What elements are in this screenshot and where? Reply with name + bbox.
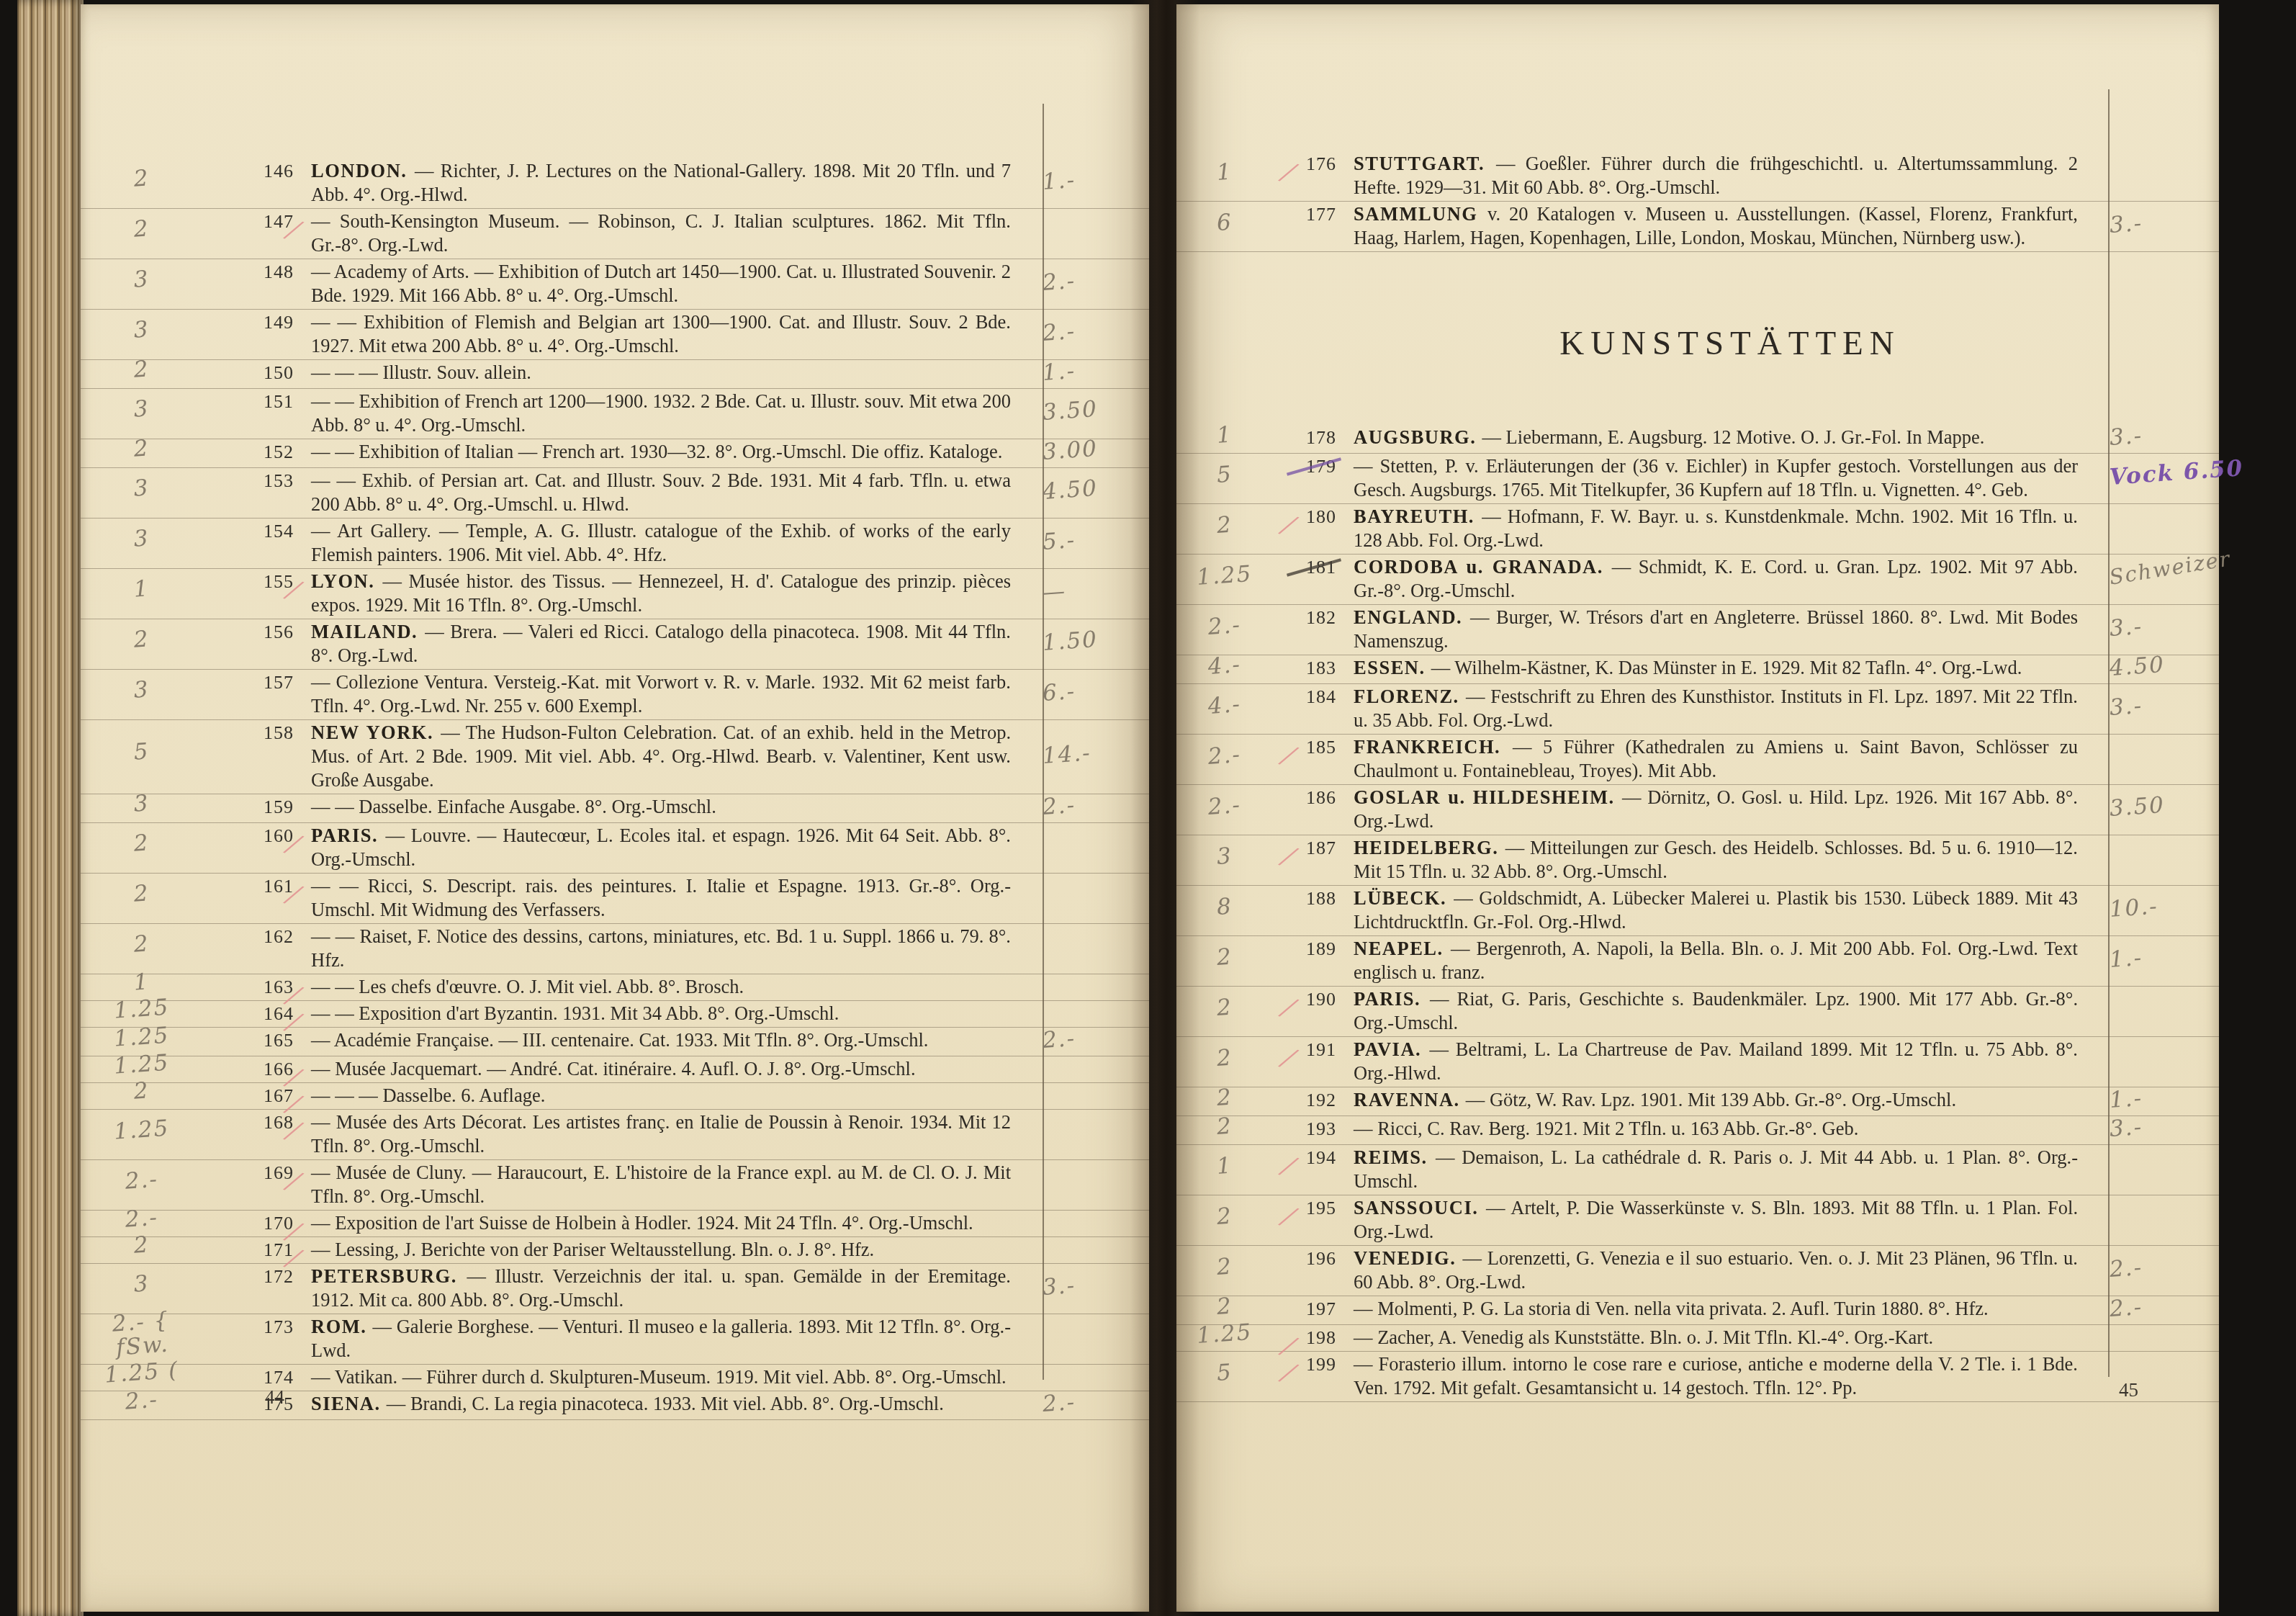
entry-text: — Academy of Arts. — Exhibition of Dutch… xyxy=(294,260,1032,308)
entry-number: 193 xyxy=(1273,1117,1336,1141)
entry-number: 166 xyxy=(203,1057,294,1081)
handwritten-margin-note: 2 xyxy=(1176,510,1274,540)
handwritten-margin-note: 2 xyxy=(1176,942,1274,972)
entry-text: FLORENZ. — Festschrift zu Ehren des Kuns… xyxy=(1336,685,2099,732)
entry-text: — — Raiset, F. Notice des dessins, carto… xyxy=(294,925,1032,972)
handwritten-margin-note: 2 xyxy=(1176,1201,1274,1231)
entry-headword: HEIDELBERG. xyxy=(1354,837,1505,858)
catalog-entry-row: 3 172 PETERSBURG. — Illustr. Verzeichnis… xyxy=(81,1264,1149,1314)
catalog-entry-row: 2 190 ∕ PARIS. — Riat, G. Paris, Geschic… xyxy=(1176,987,2219,1037)
handwritten-margin-note: 1 xyxy=(80,573,204,605)
handwritten-price xyxy=(2099,851,2219,860)
entry-number: 179 xyxy=(1273,454,1336,478)
handwritten-price: 2.- xyxy=(1032,263,1150,297)
catalog-entry-row: 3 157 — Collezione Ventura. Versteig.-Ka… xyxy=(81,670,1149,720)
entry-headword: REIMS. xyxy=(1354,1146,1436,1168)
catalog-entry-row: 2 193 — Ricci, C. Rav. Berg. 1921. Mit 2… xyxy=(1176,1116,2219,1145)
entry-number: 156 xyxy=(203,620,294,644)
entry-number: 195 xyxy=(1273,1196,1336,1220)
handwritten-margin-note: 4.- xyxy=(1176,650,1274,681)
entry-headword: NEAPEL. xyxy=(1354,938,1451,959)
handwritten-price: 2.- xyxy=(1032,313,1150,347)
entry-number: 177 xyxy=(1273,202,1336,226)
catalog-entry-row: 2 146 LONDON. — Richter, J. P. Lectures … xyxy=(81,158,1149,209)
entry-text: BAYREUTH. — Hofmann, F. W. Bayr. u. s. K… xyxy=(1336,505,2099,552)
entry-body: — Louvre. — Hautecœur, L. Ecoles ital. e… xyxy=(311,825,1011,870)
entry-number: 164 xyxy=(203,1002,294,1025)
catalog-entry-row: 1 176 ∕ STUTTGART. — Goeßler. Führer dur… xyxy=(1176,151,2219,202)
entry-number: 168 xyxy=(203,1110,294,1134)
entry-text: NEW YORK. — The Hudson-Fulton Celebratio… xyxy=(294,721,1032,792)
page-number-left: 44 xyxy=(265,1386,284,1409)
handwritten-margin-note: 3 xyxy=(1176,841,1274,871)
catalog-entry-row: 2.- { fSw. 173 ROM. — Galerie Borghese. … xyxy=(81,1314,1149,1365)
entry-text: GOSLAR u. HILDESHEIM. — Dörnitz, O. Gosl… xyxy=(1336,786,2099,833)
catalog-entry-row: 2 150 — — — Illustr. Souv. allein. 1.- xyxy=(81,360,1149,389)
catalog-entry-row: 2.- 170 ∕ — Exposition de l'art Suisse d… xyxy=(81,1211,1149,1237)
entry-text: NEAPEL. — Bergenroth, A. Napoli, la Bell… xyxy=(1336,937,2099,984)
section-heading: KUNSTSTÄTTEN xyxy=(1176,252,2219,425)
right-page: 1 176 ∕ STUTTGART. — Goeßler. Führer dur… xyxy=(1176,4,2219,1612)
entry-body: — Art Gallery. — Temple, A. G. Illustr. … xyxy=(311,520,1011,565)
entry-text: PARIS. — Riat, G. Paris, Geschichte s. B… xyxy=(1336,987,2099,1035)
handwritten-price: 3.50 xyxy=(2099,788,2220,822)
catalog-entry-row: 3 151 — — Exhibition of French art 1200—… xyxy=(81,389,1149,439)
entry-headword: ENGLAND. xyxy=(1354,606,1470,628)
handwritten-price: 14.- xyxy=(1032,735,1150,769)
handwritten-margin-note: 2 xyxy=(80,827,204,859)
entry-text: — Exposition de l'art Suisse de Holbein … xyxy=(294,1211,1032,1235)
entry-body: — Liebermann, E. Augsburg. 12 Motive. O.… xyxy=(1482,426,1984,448)
entry-number: 182 xyxy=(1273,606,1336,629)
catalog-entry-row: 2 167 ∕ — — — Dasselbe. 6. Auflage. xyxy=(81,1083,1149,1110)
handwritten-price: 3.- xyxy=(1032,1267,1150,1301)
catalog-entry-row: 1 178 AUGSBURG. — Liebermann, E. Augsbur… xyxy=(1176,425,2219,454)
entry-number: 191 xyxy=(1273,1038,1336,1061)
entry-text: — Lessing, J. Berichte von der Pariser W… xyxy=(294,1238,1032,1262)
handwritten-price xyxy=(1032,1126,1149,1134)
entry-number: 173 xyxy=(203,1315,294,1339)
entry-text: — — Les chefs d'œuvre. O. J. Mit viel. A… xyxy=(294,975,1032,999)
entry-number: 198 xyxy=(1273,1326,1336,1350)
entry-number: 163 xyxy=(203,975,294,999)
catalog-entry-row: 2 156 MAILAND. — Brera. — Valeri ed Ricc… xyxy=(81,619,1149,670)
entry-text: — — — Dasselbe. 6. Auflage. xyxy=(294,1084,1032,1108)
handwritten-price xyxy=(2099,1329,2219,1338)
entry-body: — Galerie Borghese. — Venturi. Il museo … xyxy=(311,1316,1011,1361)
entry-number: 147 xyxy=(203,210,294,233)
page-number-right: 45 xyxy=(2119,1379,2138,1401)
entry-text: — Ricci, C. Rav. Berg. 1921. Mit 2 Tfln.… xyxy=(1336,1117,2099,1141)
entry-number: 162 xyxy=(203,925,294,948)
handwritten-margin-note: 2 xyxy=(80,624,204,655)
handwritten-price: 3.- xyxy=(2099,608,2220,642)
handwritten-price: 1.- xyxy=(2099,939,2220,973)
entry-body: — Musée de Cluny. — Haraucourt, E. L'his… xyxy=(311,1162,1011,1207)
handwritten-margin-note: 6 xyxy=(1176,207,1274,238)
entry-text: SANSSOUCI. — Artelt, P. Die Wasserkünste… xyxy=(1336,1196,2099,1244)
catalog-entry-row: 1 163 ∕ — — Les chefs d'œuvre. O. J. Mit… xyxy=(81,974,1149,1001)
entry-headword: LONDON. xyxy=(311,160,415,181)
catalog-entry-row: 2.- 182 ENGLAND. — Burger, W. Trésors d'… xyxy=(1176,605,2219,655)
catalog-entry-row: 3 187 ∕ HEIDELBERG. — Mitteilungen zur G… xyxy=(1176,835,2219,886)
handwritten-margin-note: 2 xyxy=(1176,1043,1274,1073)
handwritten-price xyxy=(2099,1053,2219,1061)
catalog-entry-row: 3 148 — Academy of Arts. — Exhibition of… xyxy=(81,259,1149,310)
catalog-entry-row: 2 195 ∕ SANSSOUCI. — Artelt, P. Die Wass… xyxy=(1176,1195,2219,1246)
entry-headword: PAVIA. xyxy=(1354,1038,1429,1060)
entry-body: — — Exposition d'art Byzantin. 1931. Mit… xyxy=(311,1002,839,1024)
entry-body: — — Exhib. of Persian art. Cat. and Illu… xyxy=(311,470,1011,515)
handwritten-margin-note: 2.- xyxy=(1176,611,1274,641)
catalog-entry-row: 5 199 ∕ — Forasterio illum. intorno le c… xyxy=(1176,1352,2219,1402)
entry-number: 158 xyxy=(203,721,294,745)
entry-number: 178 xyxy=(1273,426,1336,449)
entry-text: — Vatikan. — Führer durch d. Skulpturen-… xyxy=(294,1365,1032,1389)
entry-body: — Wilhelm-Kästner, K. Das Münster in E. … xyxy=(1431,657,2022,678)
entry-number: 184 xyxy=(1273,685,1336,709)
entry-number: 199 xyxy=(1273,1352,1336,1376)
entry-body: — Vatikan. — Führer durch d. Skulpturen-… xyxy=(311,1366,1007,1388)
entry-headword: MAILAND. xyxy=(311,621,425,642)
entry-number: 187 xyxy=(1273,836,1336,860)
right-page-top-entries: 1 176 ∕ STUTTGART. — Goeßler. Führer dur… xyxy=(1176,151,2219,252)
handwritten-price: 4.50 xyxy=(1032,472,1150,506)
handwritten-margin-note: 2 xyxy=(1176,1252,1274,1282)
entry-number: 172 xyxy=(203,1265,294,1288)
catalog-entry-row: 5 158 NEW YORK. — The Hudson-Fulton Cele… xyxy=(81,720,1149,794)
entry-body: — — Raiset, F. Notice des dessins, carto… xyxy=(311,925,1011,971)
entry-number: 149 xyxy=(203,310,294,334)
entry-number: 157 xyxy=(203,670,294,694)
entry-number: 169 xyxy=(203,1161,294,1185)
catalog-entry-row: 2 160 ∕ PARIS. — Louvre. — Hautecœur, L.… xyxy=(81,823,1149,874)
entry-text: PETERSBURG. — Illustr. Verzeichnis der i… xyxy=(294,1265,1032,1312)
handwritten-margin-note: 2.- { fSw. xyxy=(79,1307,204,1363)
handwritten-price xyxy=(1032,1087,1149,1095)
handwritten-margin-note: 2.- xyxy=(1176,791,1274,821)
catalog-entry-row: 2.- 186 GOSLAR u. HILDESHEIM. — Dörnitz,… xyxy=(1176,785,2219,835)
entry-text: SAMMLUNG v. 20 Katalogen v. Museen u. Au… xyxy=(1336,202,2099,250)
entry-body: — Forasterio illum. intorno le cose rare… xyxy=(1354,1353,2078,1399)
handwritten-margin-note: 3 xyxy=(80,314,204,346)
entry-body: — Molmenti, P. G. La storia di Ven. nell… xyxy=(1354,1298,1989,1319)
entry-number: 185 xyxy=(1273,735,1336,759)
entry-body: — Zacher, A. Venedig als Kunststätte. Bl… xyxy=(1354,1327,1933,1348)
entry-headword: RAVENNA. xyxy=(1354,1089,1466,1110)
entry-number: 152 xyxy=(203,440,294,464)
entry-headword: CORDOBA u. GRANADA. xyxy=(1354,556,1612,578)
catalog-entry-row: 2 147 ∕ — South-Kensington Museum. — Rob… xyxy=(81,209,1149,259)
handwritten-margin-note: 1 xyxy=(1176,420,1274,450)
handwritten-margin-note: 2 xyxy=(80,213,204,245)
catalog-entry-row: 1.25 181 CORDOBA u. GRANADA. — Schmidt, … xyxy=(1176,555,2219,605)
entry-text: — Collezione Ventura. Versteig.-Kat. mit… xyxy=(294,670,1032,718)
entry-text: HEIDELBERG. — Mitteilungen zur Gesch. de… xyxy=(1336,836,2099,884)
entry-text: — — Exhibition of Italian — French art. … xyxy=(294,440,1032,464)
handwritten-price xyxy=(1032,840,1149,848)
entry-text: PAVIA. — Beltrami, L. La Chartreuse de P… xyxy=(1336,1038,2099,1085)
handwritten-margin-note: 5 xyxy=(80,736,204,768)
entry-body: — Riat, G. Paris, Geschichte s. Baudenkm… xyxy=(1354,988,2078,1033)
entry-body: — Bergenroth, A. Napoli, la Bella. Bln. … xyxy=(1354,938,2078,983)
handwritten-margin-note: 3 xyxy=(80,264,204,295)
catalog-entry-row: 2.- 169 ∕ — Musée de Cluny. — Haraucourt… xyxy=(81,1160,1149,1211)
catalog-entry-row: 2.- 185 ∕ FRANKREICH. — 5 Führer (Kathed… xyxy=(1176,735,2219,785)
entry-text: LYON. — Musée histor. des Tissus. — Henn… xyxy=(294,570,1032,617)
entry-text: FRANKREICH. — 5 Führer (Kathedralen zu A… xyxy=(1336,735,2099,783)
entry-text: — — Exhibition of French art 1200—1900. … xyxy=(294,390,1032,437)
entry-body: — Exposition de l'art Suisse de Holbein … xyxy=(311,1212,973,1234)
handwritten-price: 5.- xyxy=(1032,522,1150,556)
entry-body: — — Ricci, S. Descript. rais. des peintu… xyxy=(311,875,1011,920)
entry-number: 170 xyxy=(203,1211,294,1235)
catalog-entry-row: 3 149 — — Exhibition of Flemish and Belg… xyxy=(81,310,1149,360)
entry-body: — Collezione Ventura. Versteig.-Kat. mit… xyxy=(311,671,1011,717)
entry-headword: SIENA. xyxy=(311,1393,387,1414)
entry-text: SIENA. — Brandi, C. La regia pinacoteca.… xyxy=(294,1392,1032,1416)
entry-text: AUGSBURG. — Liebermann, E. Augsburg. 12 … xyxy=(1336,426,2099,449)
entry-number: 155 xyxy=(203,570,294,593)
entry-text: ESSEN. — Wilhelm-Kästner, K. Das Münster… xyxy=(1336,656,2099,680)
handwritten-price: 1.- xyxy=(1032,162,1150,196)
handwritten-price: 2.- xyxy=(2099,1249,2220,1283)
catalog-entry-row: 6 177 SAMMLUNG v. 20 Katalogen v. Museen… xyxy=(1176,202,2219,252)
catalog-entry-row: 4.- 184 FLORENZ. — Festschrift zu Ehren … xyxy=(1176,684,2219,735)
entry-text: — Musée Jacquemart. — André. Cat. itinér… xyxy=(294,1057,1032,1081)
entry-body: — Musée histor. des Tissus. — Hennezeel,… xyxy=(311,570,1011,616)
left-page: 2 146 LONDON. — Richter, J. P. Lectures … xyxy=(81,4,1149,1612)
entry-text: STUTTGART. — Goeßler. Führer durch die f… xyxy=(1336,152,2099,199)
entry-number: 160 xyxy=(203,824,294,848)
entry-body: — Stetten, P. v. Erläuterungen der (36 v… xyxy=(1354,455,2078,500)
entry-number: 186 xyxy=(1273,786,1336,809)
entry-body: — Academy of Arts. — Exhibition of Dutch… xyxy=(311,261,1011,306)
entry-body: — Académie Française. — III. centenaire.… xyxy=(311,1029,928,1051)
handwritten-price: Schweizer xyxy=(2097,548,2219,591)
entry-body: — — Exhibition of Italian — French art. … xyxy=(311,441,1002,462)
catalog-entry-row: 1.25 165 — Académie Française. — III. ce… xyxy=(81,1028,1149,1056)
handwritten-margin-note: 2 xyxy=(80,878,204,910)
catalog-entry-row: 2 152 — — Exhibition of Italian — French… xyxy=(81,439,1149,468)
entry-headword: LYON. xyxy=(311,570,382,592)
entry-body: — Musée Jacquemart. — André. Cat. itinér… xyxy=(311,1058,916,1079)
catalog-entry-row: 5 179 — Stetten, P. v. Erläuterungen der… xyxy=(1176,454,2219,504)
handwritten-margin-note: 2.- xyxy=(80,1164,204,1196)
entry-number: 183 xyxy=(1273,656,1336,680)
catalog-entry-row: 3 153 — — Exhib. of Persian art. Cat. an… xyxy=(81,468,1149,519)
handwritten-margin-note: 5 xyxy=(1176,459,1274,490)
entry-text: — — Ricci, S. Descript. rais. des peintu… xyxy=(294,874,1032,922)
handwritten-price xyxy=(1032,1215,1149,1223)
entry-headword: ROM. xyxy=(311,1316,373,1337)
entry-text: — — Dasselbe. Einfache Ausgabe. 8°. Org.… xyxy=(294,795,1032,819)
entry-text: — — — Illustr. Souv. allein. xyxy=(294,361,1032,385)
handwritten-margin-note: 1 xyxy=(1176,1151,1274,1181)
entry-text: — — Exposition d'art Byzantin. 1931. Mit… xyxy=(294,1002,1032,1025)
entry-text: — — Exhib. of Persian art. Cat. and Illu… xyxy=(294,469,1032,516)
entry-text: — Stetten, P. v. Erläuterungen der (36 v… xyxy=(1336,454,2099,502)
entry-text: LÜBECK. — Goldschmidt, A. Lübecker Maler… xyxy=(1336,886,2099,934)
entry-number: 194 xyxy=(1273,1146,1336,1170)
handwritten-margin-note: 2.- xyxy=(1176,740,1274,771)
entry-headword: ESSEN. xyxy=(1354,657,1431,678)
entry-body: — Goldschmidt, A. Lübecker Malerei u. Pl… xyxy=(1354,887,2078,933)
catalog-entry-row: 2 192 RAVENNA. — Götz, W. Rav. Lpz. 1901… xyxy=(1176,1087,2219,1116)
entry-text: CORDOBA u. GRANADA. — Schmidt, K. E. Cor… xyxy=(1336,555,2099,603)
handwritten-price xyxy=(1032,1369,1149,1377)
entry-number: 153 xyxy=(203,469,294,493)
entry-number: 151 xyxy=(203,390,294,413)
handwritten-price: — xyxy=(1032,573,1150,606)
handwritten-margin-note: 2 xyxy=(80,163,204,194)
entry-body: — Musée des Arts Décorat. Les artistes f… xyxy=(311,1111,1011,1157)
handwritten-price xyxy=(1032,1242,1149,1249)
handwritten-price xyxy=(1032,890,1149,898)
entry-headword: AUGSBURG. xyxy=(1354,426,1482,448)
handwritten-margin-note: 3 xyxy=(80,472,204,504)
handwritten-margin-note: 2 xyxy=(1176,1111,1274,1141)
catalog-entry-row: 1.25 ( 174 — Vatikan. — Führer durch d. … xyxy=(81,1365,1149,1391)
handwritten-price xyxy=(1032,225,1149,233)
entry-text: — Musée de Cluny. — Haraucourt, E. L'his… xyxy=(294,1161,1032,1208)
entry-text: — — Exhibition of Flemish and Belgian ar… xyxy=(294,310,1032,358)
handwritten-margin-note: 3 xyxy=(80,523,204,555)
handwritten-price xyxy=(1032,1177,1149,1185)
right-page-entries: 1 176 ∕ STUTTGART. — Goeßler. Führer dur… xyxy=(1176,151,2219,1402)
catalog-entry-row: 3 154 — Art Gallery. — Temple, A. G. Ill… xyxy=(81,519,1149,569)
entry-body: — — — Dasselbe. 6. Auflage. xyxy=(311,1085,545,1106)
handwritten-price xyxy=(2099,167,2219,176)
right-page-main-entries: 1 178 AUGSBURG. — Liebermann, E. Augsbur… xyxy=(1176,425,2219,1402)
entry-headword: NEW YORK. xyxy=(311,722,441,743)
handwritten-price xyxy=(2099,1211,2219,1220)
entry-headword: BAYREUTH. xyxy=(1354,506,1482,527)
entry-body: — — Exhibition of French art 1200—1900. … xyxy=(311,390,1011,436)
handwritten-price xyxy=(2099,1368,2219,1376)
handwritten-price xyxy=(1032,1061,1149,1069)
entry-number: 196 xyxy=(1273,1247,1336,1270)
entry-text: REIMS. — Demaison, L. La cathédrale d. R… xyxy=(1336,1146,2099,1193)
catalog-entry-row: 4.- 183 ESSEN. — Wilhelm-Kästner, K. Das… xyxy=(1176,655,2219,684)
handwritten-margin-note: 2 xyxy=(1176,1082,1274,1113)
entry-text: — Molmenti, P. G. La storia di Ven. nell… xyxy=(1336,1297,2099,1321)
entry-number: 154 xyxy=(203,519,294,543)
handwritten-price xyxy=(1032,1005,1149,1013)
entry-text: — Forasterio illum. intorno le cose rare… xyxy=(1336,1352,2099,1400)
handwritten-margin-note: 5 xyxy=(1176,1357,1274,1388)
entry-body: — Götz, W. Rav. Lpz. 1901. Mit 139 Abb. … xyxy=(1466,1089,1956,1110)
catalog-entry-row: 2 171 ∕ — Lessing, J. Berichte von der P… xyxy=(81,1237,1149,1264)
entry-number: 189 xyxy=(1273,937,1336,961)
entry-text: — Musée des Arts Décorat. Les artistes f… xyxy=(294,1110,1032,1158)
entry-body: — Demaison, L. La cathédrale d. R. Paris… xyxy=(1354,1146,2078,1192)
entry-body: — — Exhibition of Flemish and Belgian ar… xyxy=(311,311,1011,356)
handwritten-margin-note: 3 xyxy=(80,393,204,425)
entry-text: — South-Kensington Museum. — Robinson, C… xyxy=(294,210,1032,257)
catalog-entry-row: 1.25 198 ∕ — Zacher, A. Venedig als Kuns… xyxy=(1176,1325,2219,1352)
entry-number: 176 xyxy=(1273,152,1336,176)
catalog-entry-row: 1.25 164 ∕ — — Exposition d'art Byzantin… xyxy=(81,1001,1149,1028)
catalog-entry-row: 3 159 — — Dasselbe. Einfache Ausgabe. 8°… xyxy=(81,794,1149,823)
entry-number: 188 xyxy=(1273,886,1336,910)
handwritten-margin-note: 2 xyxy=(1176,992,1274,1023)
entry-text: — Art Gallery. — Temple, A. G. Illustr. … xyxy=(294,519,1032,567)
entry-body: — — Les chefs d'œuvre. O. J. Mit viel. A… xyxy=(311,976,744,997)
entry-text: — Zacher, A. Venedig als Kunststätte. Bl… xyxy=(1336,1326,2099,1350)
left-page-entries: 2 146 LONDON. — Richter, J. P. Lectures … xyxy=(81,158,1149,1420)
handwritten-price xyxy=(2099,520,2219,529)
entry-headword: PETERSBURG. xyxy=(311,1265,467,1287)
handwritten-margin-note: 3 xyxy=(80,1268,204,1300)
handwritten-price: 3.- xyxy=(2099,687,2220,721)
handwritten-price: 3.50 xyxy=(1032,392,1150,426)
handwritten-price xyxy=(2099,1161,2219,1170)
entry-text: — Académie Française. — III. centenaire.… xyxy=(294,1028,1032,1052)
entry-text: MAILAND. — Brera. — Valeri ed Ricci. Cat… xyxy=(294,620,1032,668)
catalog-entry-row: 1 155 ∕ LYON. — Musée histor. des Tissus… xyxy=(81,569,1149,619)
entry-text: VENEDIG. — Lorenzetti, G. Venezia e il s… xyxy=(1336,1247,2099,1294)
entry-number: 161 xyxy=(203,874,294,898)
handwritten-price: 3.- xyxy=(2099,205,2220,238)
handwritten-price xyxy=(1032,979,1149,987)
entry-number: 192 xyxy=(1273,1088,1336,1112)
handwritten-margin-note: 2 xyxy=(1176,1291,1274,1321)
handwritten-margin-note: 1.25 xyxy=(80,1114,204,1146)
entry-headword: STUTTGART. xyxy=(1354,153,1496,174)
entry-text: PARIS. — Louvre. — Hautecœur, L. Ecoles … xyxy=(294,824,1032,871)
catalog-entry-row: 2 189 NEAPEL. — Bergenroth, A. Napoli, l… xyxy=(1176,936,2219,987)
entry-number: 146 xyxy=(203,159,294,183)
handwritten-margin-note: 1.25 xyxy=(1176,560,1274,591)
handwritten-margin-note: 8 xyxy=(1176,892,1274,922)
entry-number: 197 xyxy=(1273,1297,1336,1321)
entry-headword: SANSSOUCI. xyxy=(1354,1197,1486,1218)
handwritten-price xyxy=(1032,1331,1149,1339)
entry-body: — Brandi, C. La regia pinacoteca. 1933. … xyxy=(387,1393,944,1414)
handwritten-margin-note: 4.- xyxy=(1176,690,1274,720)
entry-number: 167 xyxy=(203,1084,294,1108)
section-heading-text: KUNSTSTÄTTEN xyxy=(1559,325,1901,362)
catalog-entry-row: 1 194 ∕ REIMS. — Demaison, L. La cathédr… xyxy=(1176,1145,2219,1195)
book-page-edges xyxy=(17,0,84,1616)
entry-headword: SAMMLUNG xyxy=(1354,203,1487,225)
entry-number: 148 xyxy=(203,260,294,284)
entry-text: RAVENNA. — Götz, W. Rav. Lpz. 1901. Mit … xyxy=(1336,1088,2099,1112)
entry-number: 150 xyxy=(203,361,294,385)
catalog-entry-row: 2 161 ∕ — — Ricci, S. Descript. rais. de… xyxy=(81,874,1149,924)
entry-text: ROM. — Galerie Borghese. — Venturi. Il m… xyxy=(294,1315,1032,1363)
catalog-entry-row: 1.25 166 ∕ — Musée Jacquemart. — André. … xyxy=(81,1056,1149,1083)
catalog-entry-row: 2 162 — — Raiset, F. Notice des dessins,… xyxy=(81,924,1149,974)
entry-body: — Lorenzetti, G. Venezia e il suo estuar… xyxy=(1354,1247,2078,1293)
entry-body: — — Dasselbe. Einfache Ausgabe. 8°. Org.… xyxy=(311,796,716,817)
catalog-entry-row: 2 196 VENEDIG. — Lorenzetti, G. Venezia … xyxy=(1176,1246,2219,1296)
catalog-entry-row: 2 180 ∕ BAYREUTH. — Hofmann, F. W. Bayr.… xyxy=(1176,504,2219,555)
catalog-entry-row: 2 197 — Molmenti, P. G. La storia di Ven… xyxy=(1176,1296,2219,1325)
handwritten-price xyxy=(2099,1002,2219,1011)
entry-headword: PARIS. xyxy=(311,825,386,846)
handwritten-margin-note: 1 xyxy=(1176,157,1274,187)
entry-text: LONDON. — Richter, J. P. Lectures on the… xyxy=(294,159,1032,207)
handwritten-price xyxy=(1032,941,1149,948)
entry-body: — Lessing, J. Berichte von der Pariser W… xyxy=(311,1239,874,1260)
catalog-entry-row: 8 188 LÜBECK. — Goldschmidt, A. Lübecker… xyxy=(1176,886,2219,936)
handwritten-price: Vock 6.50 xyxy=(2099,457,2220,490)
entry-number: 159 xyxy=(203,795,294,819)
handwritten-price: 1.50 xyxy=(1032,623,1150,657)
handwritten-price: 6.- xyxy=(1032,673,1150,707)
